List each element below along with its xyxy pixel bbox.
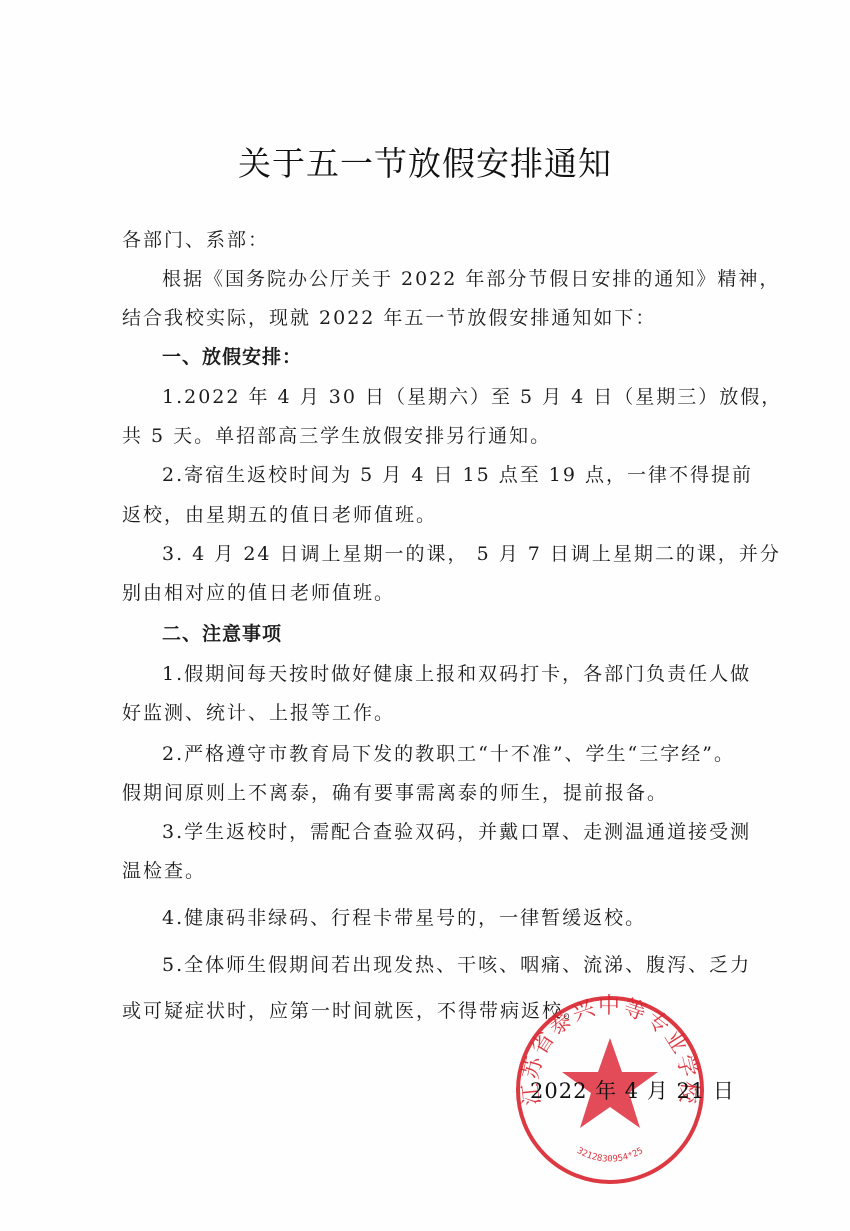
- notes-item-5-line-1: 5.全体师生假期间若出现发热、干咳、咽痛、流涕、腹泻、乏力: [162, 953, 751, 977]
- holiday-item-3-line-1: 3. 4 月 24 日调上星期一的课， 5 月 7 日调上星期二的课，并分: [162, 542, 781, 566]
- section-heading-holiday: 一、放假安排：: [162, 345, 302, 369]
- notes-item-4-line-1: 4.健康码非绿码、行程卡带星号的，一律暂缓返校。: [162, 906, 646, 930]
- holiday-item-3-line-2: 别由相对应的值日老师值班。: [122, 581, 395, 605]
- document-title: 关于五一节放假安排通知: [0, 138, 850, 185]
- notes-item-1-line-1: 1.假期间每天按时做好健康上报和双码打卡，各部门负责任人做: [162, 662, 751, 686]
- document-date: 2022 年 4 月 21 日: [530, 1075, 735, 1105]
- intro-line-2: 结合我校实际，现就 2022 年五一节放假安排通知如下：: [122, 306, 656, 330]
- salutation: 各部门、系部：: [122, 228, 269, 252]
- notes-item-1-line-2: 好监测、统计、上报等工作。: [122, 701, 395, 725]
- section-heading-notes: 二、注意事项: [162, 622, 282, 646]
- seal-code: 3212830954*25: [575, 1146, 645, 1165]
- notes-item-3-line-1: 3.学生返校时，需配合查验双码，并戴口罩、走测温通道接受测: [162, 820, 751, 844]
- svg-text:3212830954*25: 3212830954*25: [575, 1146, 645, 1165]
- holiday-item-2-line-2: 返校，由星期五的值日老师值班。: [122, 503, 437, 527]
- holiday-item-1-line-2: 共 5 天。单招部高三学生放假安排另行通知。: [122, 424, 551, 448]
- document-page: 关于五一节放假安排通知 各部门、系部： 根据《国务院办公厅关于 2022 年部分…: [0, 0, 850, 1231]
- notes-item-2-line-2: 假期间原则上不离泰，确有要事需离泰的师生，提前报备。: [122, 781, 668, 805]
- holiday-item-1-line-1: 1.2022 年 4 月 30 日（星期六）至 5 月 4 日（星期三）放假，: [162, 385, 782, 409]
- notes-item-2-line-1: 2.严格遵守市教育局下发的教职工“十不准”、学生“三字经”。: [162, 742, 735, 766]
- notes-item-3-line-2: 温检查。: [122, 859, 206, 883]
- holiday-item-2-line-1: 2.寄宿生返校时间为 5 月 4 日 15 点至 19 点，一律不得提前: [162, 463, 753, 487]
- intro-line-1: 根据《国务院办公厅关于 2022 年部分节假日安排的通知》精神，: [162, 267, 780, 291]
